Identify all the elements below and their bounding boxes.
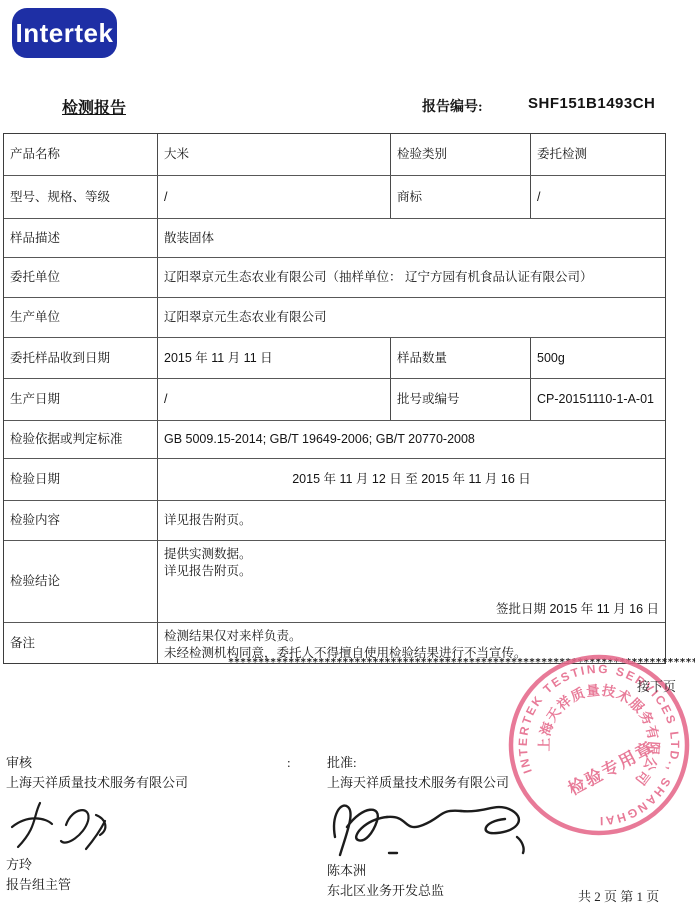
test-content-value: 详见报告附页。 (158, 501, 665, 540)
test-content-label: 检验内容 (4, 501, 158, 540)
inspection-type-label: 检验类别 (391, 134, 531, 175)
model-spec-label: 型号、规格、等级 (4, 176, 158, 218)
test-conclusion-line1: 提供实测数据。 (164, 546, 659, 563)
table-row: 检验依据或判定标准 GB 5009.15-2014; GB/T 19649-20… (4, 421, 665, 459)
manufacturer-value: 辽阳翠京元生态农业有限公司 (158, 298, 665, 337)
approver-name: 陈本洲 (327, 861, 627, 881)
table-row: 型号、规格、等级 / 商标 / (4, 176, 665, 219)
table-row: 检验结论 提供实测数据。 详见报告附页。 签批日期 2015 年 11 月 16… (4, 541, 665, 623)
production-date-label: 生产日期 (4, 379, 158, 420)
intertek-logo-text: Intertek (16, 18, 114, 49)
client-unit-label: 委托单位 (4, 258, 158, 297)
remarks-label: 备注 (4, 623, 158, 663)
batch-number-value: CP-20151110-1-A-01 (531, 379, 665, 420)
table-row: 样品描述 散装固体 (4, 219, 665, 258)
test-standard-value: GB 5009.15-2014; GB/T 19649-2006; GB/T 2… (158, 421, 665, 458)
test-date-value: 2015 年 11 月 12 日 至 2015 年 11 月 16 日 (158, 459, 665, 500)
sample-received-date-label: 委托样品收到日期 (4, 338, 158, 378)
table-row: 检验日期 2015 年 11 月 12 日 至 2015 年 11 月 16 日 (4, 459, 665, 501)
product-name-label: 产品名称 (4, 134, 158, 175)
test-conclusion-value: 提供实测数据。 详见报告附页。 签批日期 2015 年 11 月 16 日 (158, 541, 665, 622)
table-row: 检验内容 详见报告附页。 (4, 501, 665, 541)
manufacturer-label: 生产单位 (4, 298, 158, 337)
report-number-label: 报告编号: (422, 96, 483, 116)
reviewer-role-label: 审核 (6, 755, 32, 770)
sample-description-label: 样品描述 (4, 219, 158, 257)
sample-quantity-value: 500g (531, 338, 665, 378)
table-row: 生产单位 辽阳翠京元生态农业有限公司 (4, 298, 665, 338)
sample-quantity-label: 样品数量 (391, 338, 531, 378)
table-row: 生产日期 / 批号或编号 CP-20151110-1-A-01 (4, 379, 665, 421)
trademark-value: / (531, 176, 665, 218)
approval-date: 签批日期 2015 年 11 月 16 日 (164, 601, 659, 618)
client-unit-value: 辽阳翠京元生态农业有限公司（抽样单位： 辽宁方园有机食品认证有限公司） (158, 258, 665, 297)
report-page: Intertek 检测报告 报告编号: SHF151B1493CH 产品名称 大… (0, 0, 695, 912)
table-row: 委托样品收到日期 2015 年 11 月 11 日 样品数量 500g (4, 338, 665, 379)
reviewer-title: 报告组主管 (6, 875, 306, 895)
reviewer-company: 上海天祥质量技术服务有限公司 (6, 773, 306, 793)
approver-title: 东北区业务开发总监 (327, 881, 627, 901)
reviewer-handwritten-signature (6, 797, 126, 853)
reviewer-signature-block: 审核 : 上海天祥质量技术服务有限公司 方玲 报告组主管 (6, 753, 306, 896)
report-info-table: 产品名称 大米 检验类别 委托检测 型号、规格、等级 / 商标 / 样品描述 散… (3, 133, 666, 664)
table-row: 产品名称 大米 检验类别 委托检测 (4, 134, 665, 176)
reviewer-colon: : (287, 753, 291, 773)
test-date-label: 检验日期 (4, 459, 158, 500)
batch-number-label: 批号或编号 (391, 379, 531, 420)
model-spec-value: / (158, 176, 391, 218)
remarks-line1: 检测结果仅对来样负责。 (164, 628, 659, 645)
test-conclusion-line2: 详见报告附页。 (164, 563, 659, 580)
inspection-type-value: 委托检测 (531, 134, 665, 175)
test-standard-label: 检验依据或判定标准 (4, 421, 158, 458)
table-row: 委托单位 辽阳翠京元生态农业有限公司（抽样单位： 辽宁方园有机食品认证有限公司） (4, 258, 665, 298)
trademark-label: 商标 (391, 176, 531, 218)
page-title: 检测报告 (62, 95, 126, 118)
intertek-logo: Intertek (12, 8, 117, 58)
continued-next-page-label: 接下页 (637, 676, 676, 695)
production-date-value: / (158, 379, 391, 420)
sample-description-value: 散装固体 (158, 219, 665, 257)
test-conclusion-label: 检验结论 (4, 541, 158, 622)
report-number-value: SHF151B1493CH (528, 95, 655, 112)
sample-received-date-value: 2015 年 11 月 11 日 (158, 338, 391, 378)
reviewer-name: 方玲 (6, 855, 306, 875)
product-name-value: 大米 (158, 134, 391, 175)
